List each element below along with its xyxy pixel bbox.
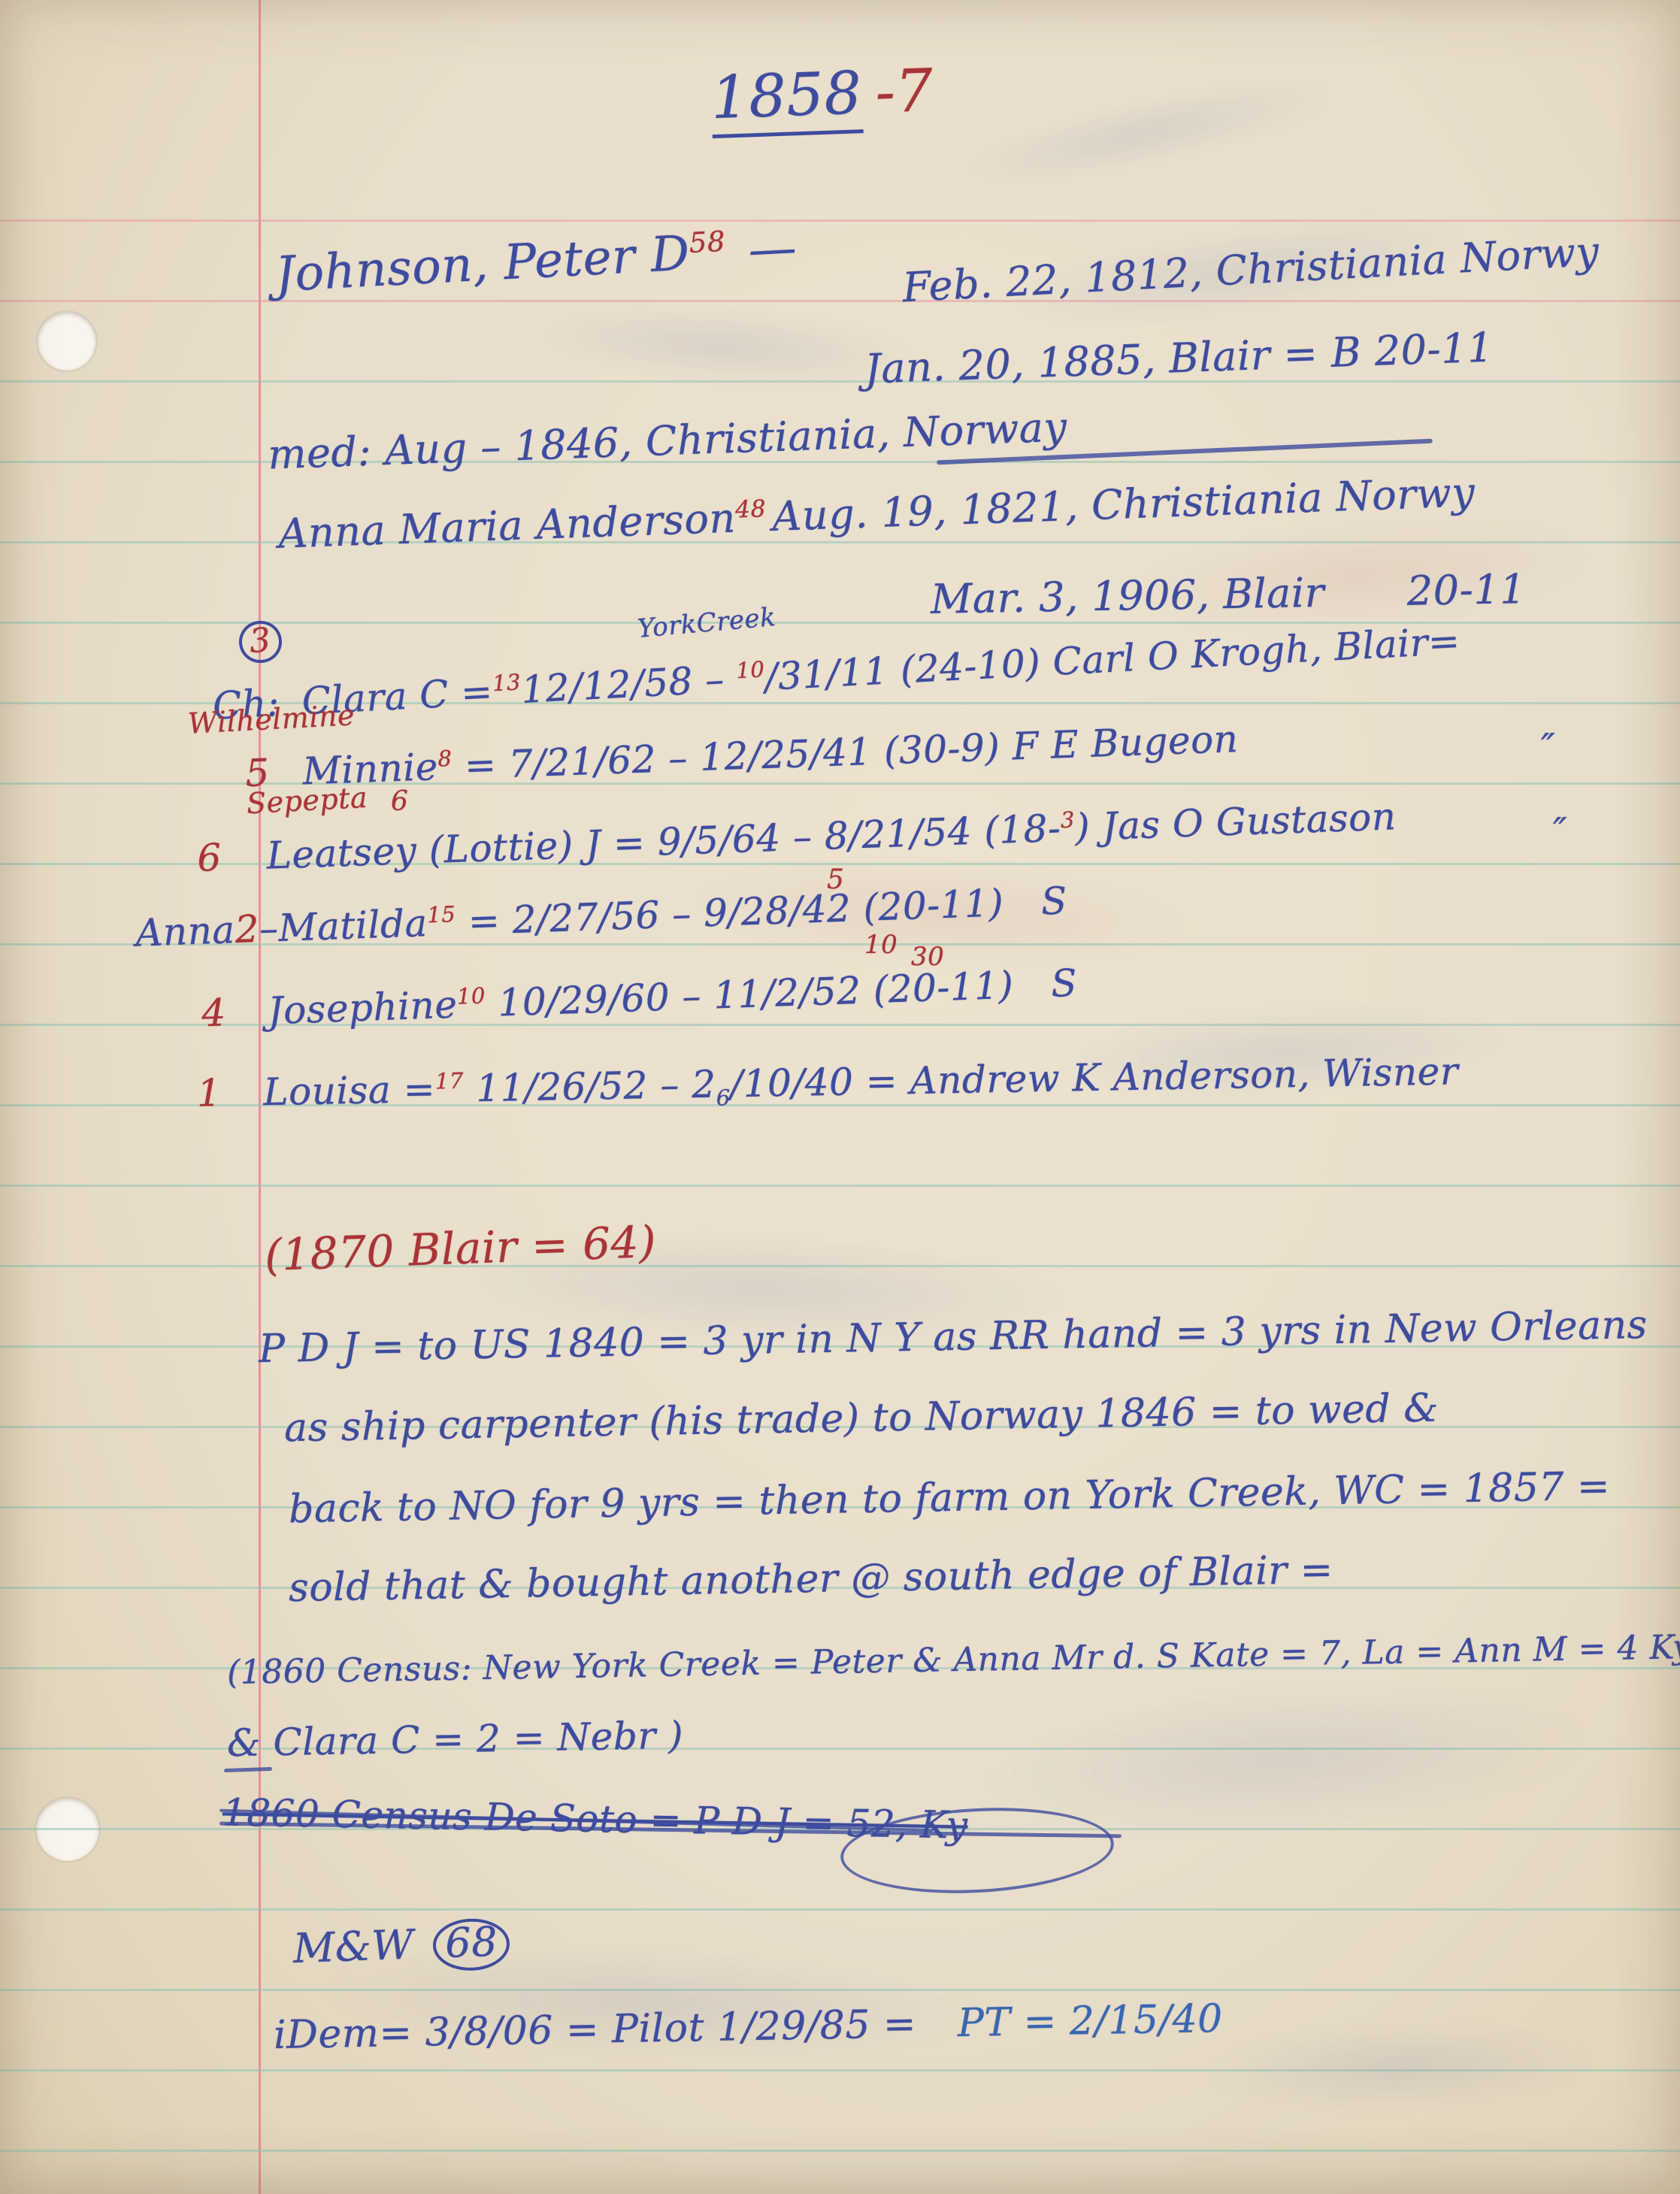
text-segment: 3 (1060, 806, 1075, 833)
text-segment: med: Aug – 1846, Christiania, Norway (267, 403, 1067, 478)
child-josephine: 4Josephine10 10/29/60 – 11/2/52 (20-11)S (201, 962, 1078, 1036)
text-segment: 6 (716, 1085, 731, 1110)
text-segment: 8 (437, 746, 453, 772)
bleedthrough-smudge (524, 295, 919, 397)
text-segment: — (747, 220, 798, 278)
text-segment: 10/29/60 – 11/2/52 (20-11) (485, 964, 1014, 1025)
text-segment: 13 (492, 669, 522, 696)
text-segment: 68 (432, 1917, 510, 1972)
text-segment: 6 (196, 836, 222, 880)
text-segment: back to NO for 9 yrs = then to farm on Y… (289, 1464, 1611, 1533)
text-segment: 12/12/58 – (520, 657, 738, 712)
text-segment: 1 (197, 1071, 222, 1115)
text-segment: Feb. 22, 1812, Christiania Norwy (901, 228, 1600, 311)
page-title: 1858-7 (710, 58, 934, 133)
text-segment: 17 (435, 1068, 464, 1094)
text-segment: & Clara C = 2 = Nebr ) (227, 1714, 684, 1766)
text-segment: M&W (292, 1920, 414, 1972)
child-leatsey: 6Leatsey (Lottie) J = 9/5/64 – 8/21/54 (… (196, 795, 1397, 880)
child-minnie: 5Minnie8 = 7/21/62 – 12/25/41 (30-9) F E… (244, 718, 1239, 796)
head-name: Johnson, Peter D58— (274, 221, 798, 304)
rule-line (0, 219, 1680, 222)
head-birth: Feb. 22, 1812, Christiania Norwy (901, 228, 1600, 312)
text-segment: (1860 Census: New York Creek = Peter & A… (227, 1628, 1680, 1692)
text-segment: = 2/27/56 – 9/28/42 (20-11) (456, 881, 1005, 943)
text-segment: Mar. 3, 1906, Blair (931, 569, 1325, 623)
census-1860-line-2: & Clara C = 2 = Nebr ) (227, 1714, 684, 1766)
head-death: Jan. 20, 1885, Blair = B 20-11 (864, 324, 1494, 392)
rule-line (0, 380, 1680, 383)
sources-line: iDem= 3/8/06 = Pilot 1/29/85 =PT = 2/15/… (274, 1997, 1224, 2059)
text-segment: Aug. 19, 1821, Christiania Norwy (771, 468, 1476, 540)
ampersand-underline (224, 1767, 272, 1772)
rule-line (0, 1265, 1680, 1267)
text-segment: Josephine (268, 982, 459, 1033)
bleedthrough-smudge (944, 58, 1341, 209)
text-segment: -7 (874, 57, 934, 127)
bleedthrough-smudge (1201, 2015, 1595, 2119)
text-segment: PT = 2/15/40 (957, 1996, 1223, 2046)
text-segment: Leatsey (Lottie) J = 9/5/64 – 8/21/54 (1… (266, 806, 1062, 878)
text-segment: ) Jas O Gustason (1074, 794, 1397, 849)
matilda-5-over: 5 (827, 864, 844, 895)
yorkcreek-annotation: YorkCreek (637, 603, 777, 644)
ditto-mark-bugeon: ″ (1541, 726, 1555, 770)
notebook-page: 1858-7Johnson, Peter D58—Feb. 22, 1812, … (0, 0, 1680, 2194)
child-louisa: 1Louisa =17 11/26/52 – 26/10/40 = Andrew… (197, 1050, 1459, 1120)
rule-line (0, 461, 1680, 463)
spouse-name: Anna Maria Anderson48Aug. 19, 1821, Chri… (277, 469, 1476, 558)
text-segment: 58 (689, 225, 726, 259)
bio-line-2: as ship carpenter (his trade) to Norway … (284, 1387, 1439, 1452)
ditto-mark-gustason: ″ (1553, 810, 1567, 854)
text-segment: (1870 Blair = 64) (264, 1216, 657, 1281)
text-segment: iDem= 3/8/06 = Pilot 1/29/85 = (274, 2002, 917, 2058)
text-segment: Anna (135, 908, 235, 955)
text-segment: Louisa = (263, 1067, 436, 1114)
text-segment: 2 (235, 907, 260, 952)
josephine-30-over: 30 (911, 943, 944, 972)
rule-line (0, 2150, 1680, 2152)
text-segment: 4 (201, 991, 226, 1035)
punch-hole-bottom (36, 1798, 99, 1861)
josephine-10-over: 10 (864, 931, 898, 960)
marriage-line: med: Aug – 1846, Christiania, Norway (267, 404, 1067, 478)
punch-hole-top (38, 312, 96, 371)
text-segment: Johnson, Peter D (274, 225, 691, 303)
text-segment: = 7/21/62 – 12/25/41 (30-9) F E Bugeon (452, 717, 1240, 788)
text-segment: Anna Maria Anderson (277, 495, 736, 558)
spouse-death: Mar. 3, 1906, Blair20-11 (931, 566, 1527, 623)
rule-line (0, 541, 1680, 543)
rule-line (0, 2069, 1680, 2071)
text-segment: 20-11 (1406, 565, 1526, 615)
wilhelmine-annotation: Wilhelmine (187, 699, 356, 740)
text-segment: S (1040, 879, 1068, 923)
sepepta-annotation: Sepepta (246, 782, 368, 821)
mw-heading: M&W68 (292, 1917, 510, 1977)
text-segment: Jan. 20, 1885, Blair = B 20-11 (864, 323, 1494, 392)
bio-line-3: back to NO for 9 yrs = then to farm on Y… (289, 1465, 1611, 1533)
rule-line (0, 1908, 1680, 1911)
text-segment: 1858 (710, 59, 863, 138)
text-segment: as ship carpenter (his trade) to Norway … (284, 1386, 1439, 1451)
text-segment: P D J = to US 1840 = 3 yr in N Y as RR h… (259, 1303, 1648, 1372)
text-segment: 10 (735, 656, 765, 683)
text-segment: 10 (456, 983, 486, 1009)
bio-line-4: sold that & bought another @ south edge … (289, 1548, 1334, 1611)
text-segment: 15 (427, 901, 456, 928)
circled-3-annotation: 3 (238, 619, 283, 665)
text-segment: 48 (735, 495, 767, 523)
census-1870-note: (1870 Blair = 64) (264, 1217, 657, 1281)
leatsey-6-sup: 6 (391, 786, 408, 817)
text-segment: sold that & bought another @ south edge … (289, 1548, 1334, 1611)
text-segment: S (1050, 961, 1078, 1006)
text-segment: 11/26/52 – 2 (463, 1063, 716, 1111)
rule-line (0, 1989, 1680, 1991)
rule-line (0, 1185, 1680, 1187)
child-clara: Ch:Clara C =1312/12/58 – 10/31/11 (24-10… (212, 620, 1461, 728)
text-segment: /31/11 (24-10) Carl O Krogh, Blair= (764, 619, 1461, 699)
bio-line-1: P D J = to US 1840 = 3 yr in N Y as RR h… (259, 1303, 1648, 1372)
rule-line (0, 300, 1680, 302)
text-segment: –Matilda (259, 901, 428, 951)
census-1860-line-1: (1860 Census: New York Creek = Peter & A… (227, 1629, 1680, 1693)
text-segment: /10/40 = Andrew K Anderson, Wisner (730, 1049, 1459, 1106)
